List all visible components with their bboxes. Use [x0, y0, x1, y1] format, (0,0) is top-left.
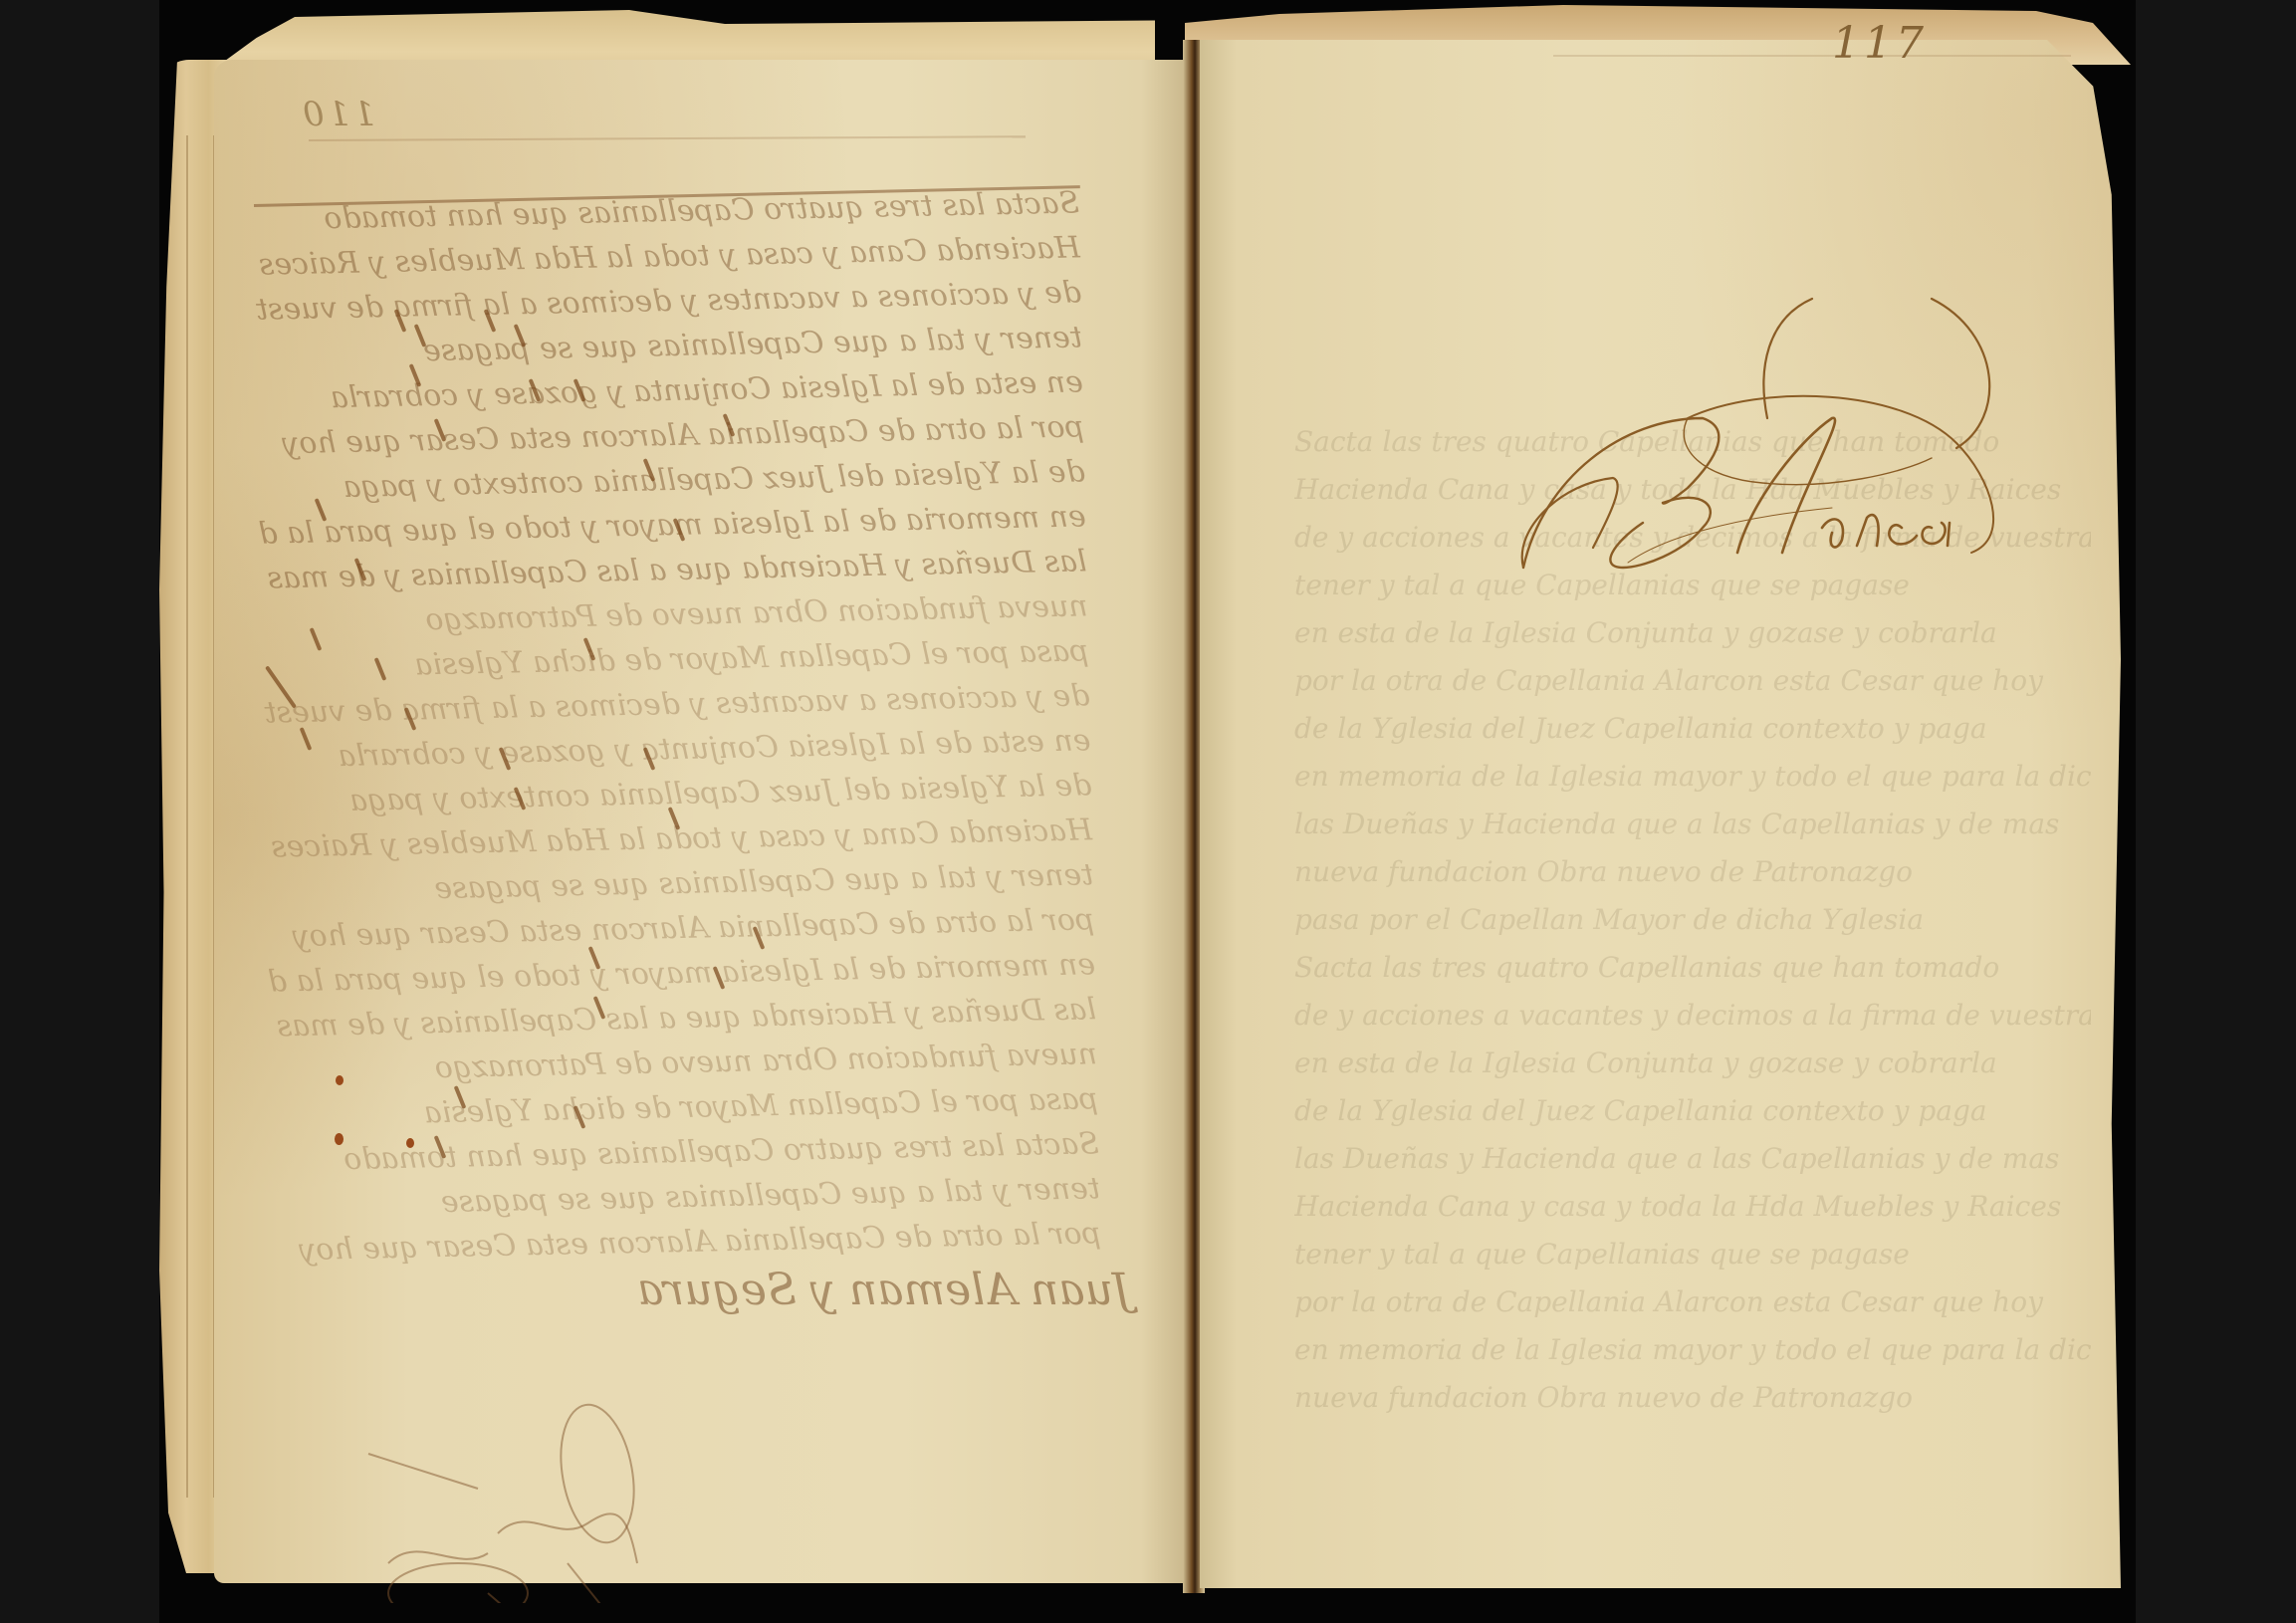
left-folio-number: 110 — [299, 95, 375, 134]
closing-signature-name: Juan Aleman y Segura — [637, 1265, 1131, 1315]
manuscript-spread: 110 Sacta las tres quatro Capellanias qu… — [0, 0, 2296, 1623]
ink-spot — [336, 1075, 344, 1085]
signature-flourish — [329, 1364, 657, 1603]
right-folio-number: 117 — [1832, 18, 1928, 69]
left-page-text: Sacta las tres quatro Capellanias que ha… — [253, 180, 1101, 1273]
top-edge-rule-right — [1553, 55, 2071, 57]
ink-spot — [406, 1138, 414, 1148]
ink-spot — [335, 1133, 344, 1145]
